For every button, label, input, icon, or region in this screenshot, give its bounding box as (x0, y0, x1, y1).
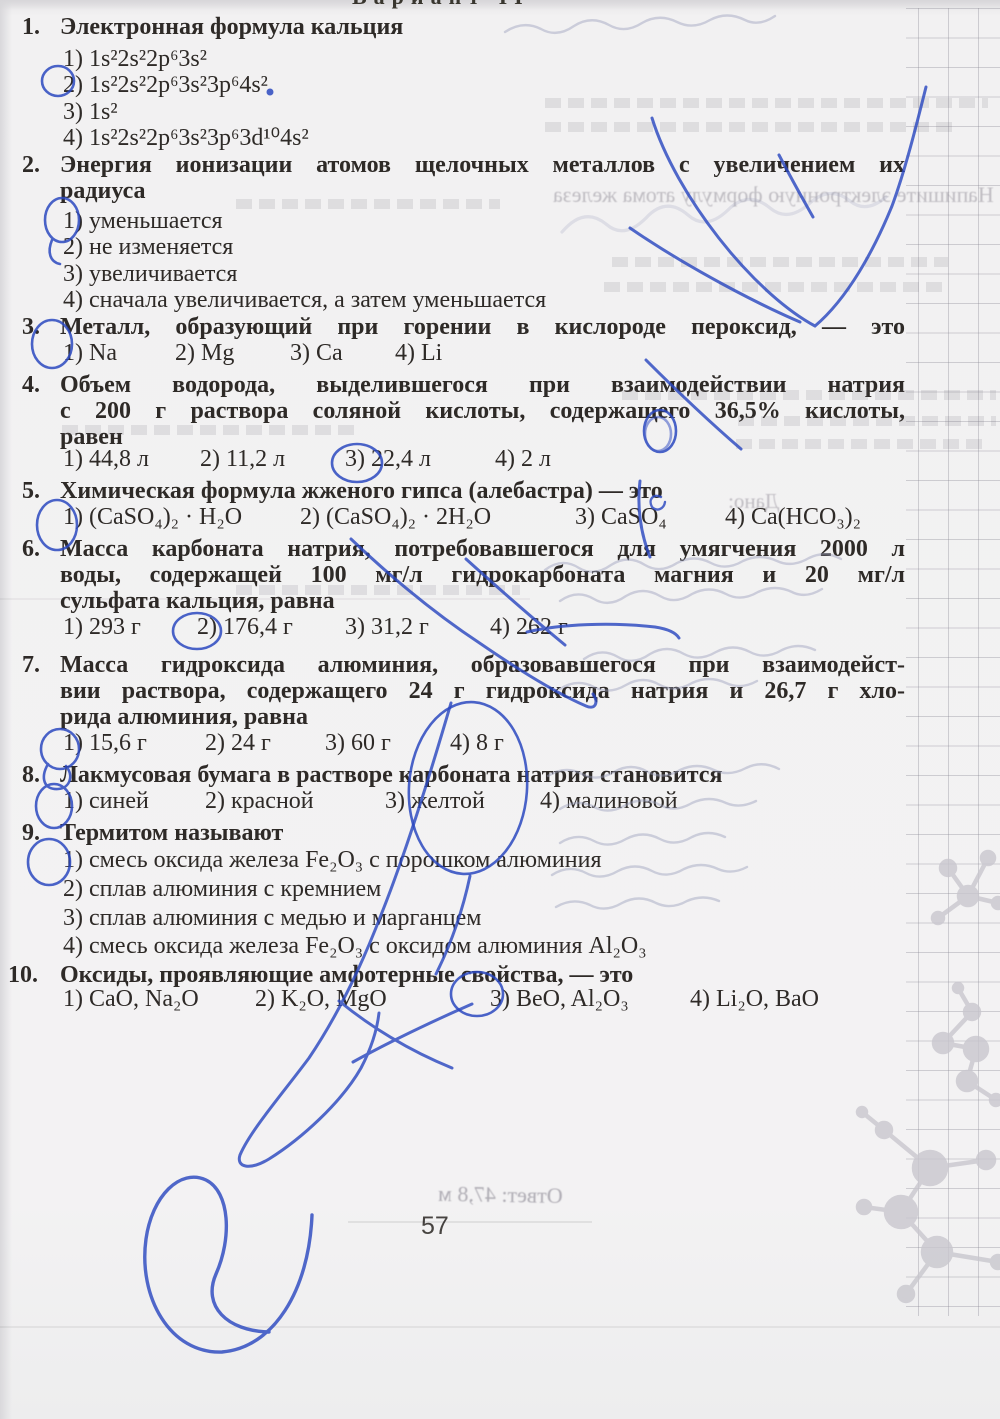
question-10-options: 1) CaO, Na₂O 2) K₂O, MgO 3) BeO, Al₂O₃ 4… (0, 986, 1000, 1016)
question-7-options: 1) 15,6 г 2) 24 г 3) 60 г 4) 8 г (0, 730, 1000, 760)
option: 1) (CaSO₄)₂ · H₂O (63, 504, 242, 531)
question-10: 10. Оксиды, проявляющие амфотерные свойс… (0, 962, 905, 988)
question-1-options: 1) 1s²2s²2p⁶3s² 2) 1s²2s²2p⁶3s²3p⁶4s² 3)… (63, 46, 309, 151)
option: 4) малиновой (540, 788, 678, 815)
option: 4) Li (395, 340, 442, 367)
question-6-options: 1) 293 г 2) 176,4 г 3) 31,2 г 4) 262 г (0, 614, 1000, 644)
question-4-options: 1) 44,8 л 2) 11,2 л 3) 22,4 л 4) 2 л (0, 446, 1000, 476)
option: 2) Mg (175, 340, 234, 367)
question-number: 3. (22, 314, 40, 340)
scanned-workbook-page: Вариант II 1. Электронная формула кальци… (0, 0, 1000, 1419)
question-number: 5. (22, 478, 40, 504)
option: 1) Na (63, 340, 117, 367)
question-9-options: 1) смесь оксида железа Fe₂O₃ с порошком … (63, 846, 647, 961)
option: 2) не изменяется (63, 234, 546, 260)
option: 1) синей (63, 788, 149, 815)
option: 2) 176,4 г (197, 614, 293, 641)
option: 3) желтой (385, 788, 485, 815)
option: 4) смесь оксида железа Fe₂O₃ с оксидом а… (63, 932, 647, 961)
question-title-line: Масса карбоната натрия, потребовавшегося… (60, 536, 905, 562)
question-title-line: воды, содержащей 100 мг/л гидрокарбоната… (60, 562, 905, 588)
option: 3) увеличивается (63, 261, 546, 287)
option: 2) (CaSO₄)₂ · 2H₂O (300, 504, 491, 531)
question-number: 7. (22, 652, 40, 678)
option: 2) K₂O, MgO (255, 986, 387, 1013)
question-4: 4. Объем водорода, выделившегося при вза… (0, 372, 905, 450)
option: 2) сплав алюминия с кремнием (63, 875, 647, 904)
question-number: 6. (22, 536, 40, 562)
option: 3) 1s² (63, 99, 309, 125)
question-number: 9. (22, 820, 40, 846)
question-title-line: рида алюминия, равна (60, 704, 905, 730)
bleedthrough-text: Дано: (728, 489, 779, 514)
option: 2) 1s²2s²2p⁶3s²3p⁶4s² (63, 72, 309, 98)
question-3: 3. Металл, образующий при горении в кисл… (0, 314, 905, 340)
question-number: 4. (22, 372, 40, 398)
question-title-line: с 200 г раствора соляной кислоты, содерж… (60, 398, 905, 424)
option: 1) 1s²2s²2p⁶3s² (63, 46, 309, 72)
option: 3) Ca (290, 340, 343, 367)
option: 4) 8 г (450, 730, 504, 757)
question-3-options: 1) Na 2) Mg 3) Ca 4) Li (0, 340, 1000, 370)
option: 1) 293 г (63, 614, 141, 641)
bleedthrough-text: Ответ: 47,8 м (438, 1181, 563, 1209)
option: 3) 60 г (325, 730, 391, 757)
option: 3) сплав алюминия с медью и марганцем (63, 904, 647, 933)
option: 1) смесь оксида железа Fe₂O₃ с порошком … (63, 846, 647, 875)
option: 4) 2 л (495, 446, 551, 473)
question-title-line: Масса гидроксида алюминия, образовавшего… (60, 652, 905, 678)
option: 2) красной (205, 788, 314, 815)
option: 1) 15,6 г (63, 730, 147, 757)
option: 4) Li₂O, BaO (690, 986, 819, 1013)
option: 3) BeO, Al₂O₃ (490, 986, 629, 1013)
question-title-line: Электронная формула кальция (60, 14, 905, 40)
option: 1) 44,8 л (63, 446, 149, 473)
option: 1) CaO, Na₂O (63, 986, 199, 1013)
question-number: 2. (22, 152, 40, 178)
option: 3) 22,4 л (345, 446, 431, 473)
option: 2) 11,2 л (200, 446, 285, 473)
question-title-line: сульфата кальция, равна (60, 588, 905, 614)
page-header: Вариант II (352, 0, 530, 9)
question-5-options: 1) (CaSO₄)₂ · H₂O 2) (CaSO₄)₂ · 2H₂O 3) … (0, 504, 1000, 534)
question-6: 6. Масса карбоната натрия, потребовавшег… (0, 536, 905, 614)
page-number: 57 (421, 1212, 449, 1241)
question-8-options: 1) синей 2) красной 3) желтой 4) малинов… (0, 788, 1000, 818)
option: 3) 31,2 г (345, 614, 429, 641)
question-title-line: Металл, образующий при горении в кислоро… (60, 314, 905, 340)
question-number: 1. (22, 14, 40, 40)
option: 4) 1s²2s²2p⁶3s²3p⁶3d¹⁰4s² (63, 125, 309, 151)
question-title-line: Лакмусовая бумага в растворе карбоната н… (60, 762, 905, 788)
question-title-line: Оксиды, проявляющие амфотерные свойства,… (60, 962, 905, 988)
option: 3) CaSO₄ (575, 504, 667, 531)
question-title-line: вии раствора, содержащего 24 г гидроксид… (60, 678, 905, 704)
question-number: 8. (22, 762, 40, 788)
question-9: 9. Термитом называют (0, 820, 905, 846)
question-2-options: 1) уменьшается 2) не изменяется 3) увели… (63, 208, 546, 313)
question-8: 8. Лакмусовая бумага в растворе карбонат… (0, 762, 905, 788)
page-header-clip: Вариант II (352, 0, 602, 9)
question-1: 1. Электронная формула кальция (0, 14, 905, 40)
question-title-line: Энергия ионизации атомов щелочных металл… (60, 152, 905, 178)
bleedthrough-text: 144. Напишите электронную формулу атома … (553, 182, 1000, 208)
option: 4) 262 г (490, 614, 568, 641)
question-title-line: Термитом называют (60, 820, 905, 846)
option: 1) уменьшается (63, 208, 546, 234)
option: 4) сначала увеличивается, а затем уменьш… (63, 287, 546, 313)
question-number: 10. (8, 962, 38, 988)
question-title-line: Объем водорода, выделившегося при взаимо… (60, 372, 905, 398)
question-7: 7. Масса гидроксида алюминия, образовавш… (0, 652, 905, 730)
option: 2) 24 г (205, 730, 271, 757)
